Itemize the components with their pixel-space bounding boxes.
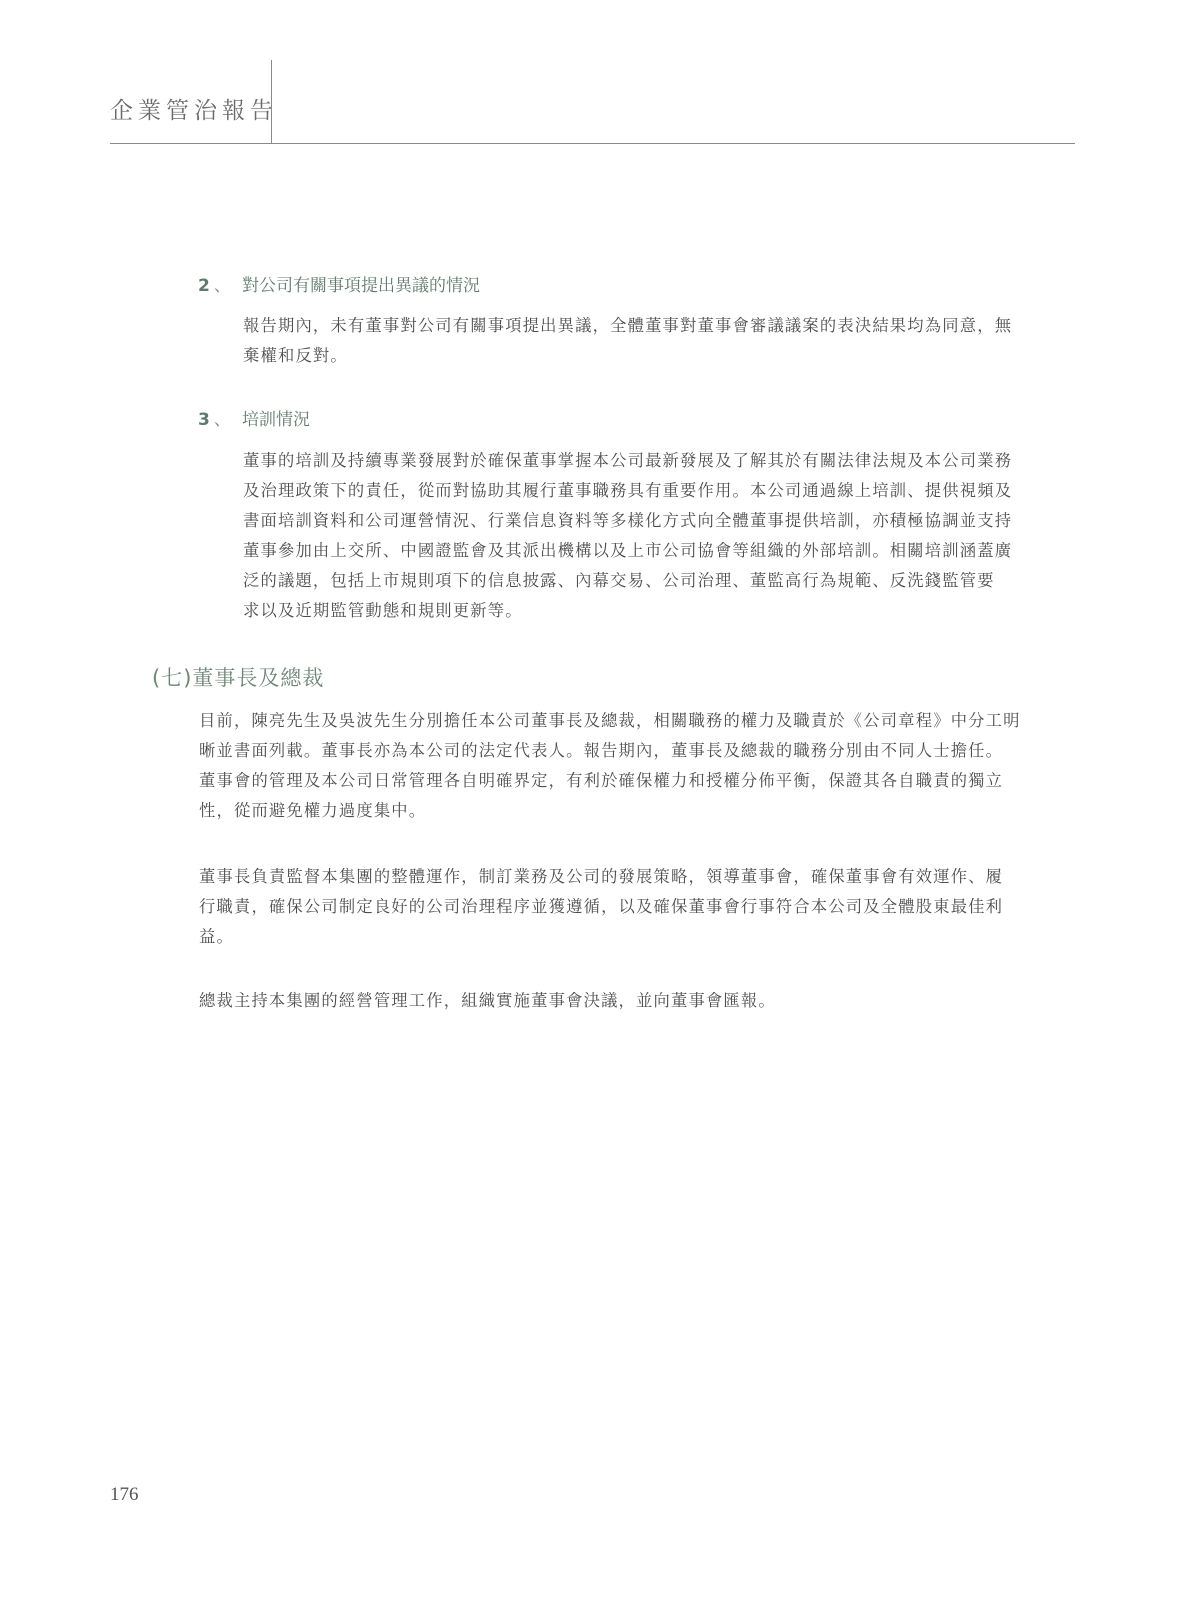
paragraph-line: 益。 xyxy=(199,922,1003,952)
subheading-text: 對公司有關事項提出異議的情況 xyxy=(242,271,480,296)
paragraph-line: 董事會的管理及本公司日常管理各自明確界定，有利於確保權力和授權分佈平衡，保證其各… xyxy=(199,766,1021,796)
section-heading-chairman-president: (七)董事長及總裁 xyxy=(152,662,324,692)
subheading-item-2: 2、 對公司有關事項提出異議的情況 xyxy=(198,271,798,295)
paragraph-line: 總裁主持本集團的經營管理工作，組織實施董事會決議，並向董事會匯報。 xyxy=(199,986,776,1016)
page-number: 176 xyxy=(110,1484,139,1506)
subheading-text: 培訓情況 xyxy=(242,405,310,430)
paragraph-line: 報告期內，未有董事對公司有關事項提出異議，全體董事對董事會審議議案的表決結果均為… xyxy=(243,311,1012,341)
paragraph-line: 棄權和反對。 xyxy=(243,341,1012,371)
paragraph-line: 性，從而避免權力過度集中。 xyxy=(199,796,1021,826)
item-separator: 、 xyxy=(214,276,231,296)
section-7-paragraph-1: 目前，陳亮先生及吳波先生分別擔任本公司董事長及總裁，相關職務的權力及職責於《公司… xyxy=(199,706,1021,826)
subheading-item-3: 3、 培訓情況 xyxy=(198,405,798,429)
item-number: 3 xyxy=(198,410,210,430)
paragraph-line: 董事長負責監督本集團的整體運作，制訂業務及公司的發展策略，領導董事會，確保董事會… xyxy=(199,862,1003,892)
paragraph-line: 董事參加由上交所、中國證監會及其派出機構以及上市公司協會等組織的外部培訓。相關培… xyxy=(243,536,1012,566)
item-3-paragraph: 董事的培訓及持續專業發展對於確保董事掌握本公司最新發展及了解其於有關法律法規及本… xyxy=(243,446,1012,626)
paragraph-line: 求以及近期監管動態和規則更新等。 xyxy=(243,596,1012,626)
paragraph-line: 及治理政策下的責任，從而對協助其履行董事職務具有重要作用。本公司通過線上培訓、提… xyxy=(243,476,1012,506)
item-2-paragraph: 報告期內，未有董事對公司有關事項提出異議，全體董事對董事會審議議案的表決結果均為… xyxy=(243,311,1012,371)
running-header-title: 企業管治報告 xyxy=(110,92,278,125)
item-separator: 、 xyxy=(214,410,231,430)
paragraph-line: 書面培訓資料和公司運營情況、行業信息資料等多樣化方式向全體董事提供培訓，亦積極協… xyxy=(243,506,1012,536)
header-horizontal-rule xyxy=(110,143,1075,144)
paragraph-line: 行職責，確保公司制定良好的公司治理程序並獲遵循，以及確保董事會行事符合本公司及全… xyxy=(199,892,1003,922)
section-7-paragraph-3: 總裁主持本集團的經營管理工作，組織實施董事會決議，並向董事會匯報。 xyxy=(199,986,776,1016)
paragraph-line: 晰並書面列載。董事長亦為本公司的法定代表人。報告期內，董事長及總裁的職務分別由不… xyxy=(199,736,1021,766)
section-7-paragraph-2: 董事長負責監督本集團的整體運作，制訂業務及公司的發展策略，領導董事會，確保董事會… xyxy=(199,862,1003,952)
item-number: 2 xyxy=(198,276,210,296)
header-vertical-divider xyxy=(271,60,272,144)
paragraph-line: 董事的培訓及持續專業發展對於確保董事掌握本公司最新發展及了解其於有關法律法規及本… xyxy=(243,446,1012,476)
paragraph-line: 泛的議題，包括上市規則項下的信息披露、內幕交易、公司治理、董監高行為規範、反洗錢… xyxy=(243,566,1012,596)
paragraph-line: 目前，陳亮先生及吳波先生分別擔任本公司董事長及總裁，相關職務的權力及職責於《公司… xyxy=(199,706,1021,736)
